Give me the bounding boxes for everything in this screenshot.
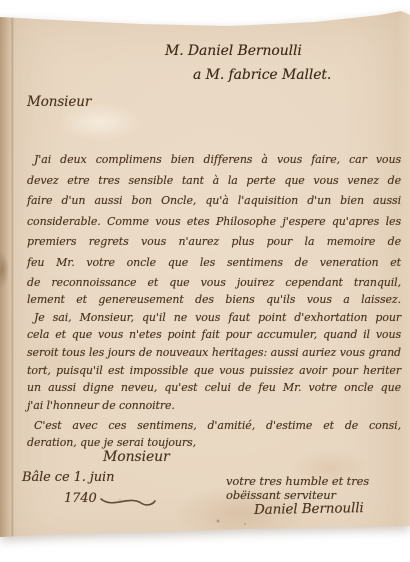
letter-body: J'ai deux complimens bien differens à vo… — [27, 150, 401, 414]
closing-line: C'est avec ces sentimens, d'amitié, d'es… — [27, 417, 401, 434]
address-line-recipient: a M. fabrice Mallet. — [193, 63, 331, 87]
body-line: feu Mr. votre oncle que les sentimens de… — [27, 253, 401, 274]
salutation: Monsieur — [27, 94, 91, 110]
body-line: Je sai, Monsieur, qu'il ne vous faut poi… — [27, 309, 401, 327]
address-line-sender: M. Daniel Bernoulli — [165, 39, 331, 63]
body-line: premiers regrets vous n'aurez plus pour … — [27, 232, 401, 253]
body-line: J'ai deux complimens bien differens à vo… — [27, 150, 401, 171]
body-line: j'ai l'honneur de connoitre. — [27, 397, 401, 415]
paper-shadow: M. Daniel Bernoulli a M. fabrice Mallet.… — [0, 0, 410, 562]
letter-page: M. Daniel Bernoulli a M. fabrice Mallet.… — [0, 0, 410, 562]
body-line: lement et genereusement des biens qu'ils… — [27, 291, 401, 309]
pen-flourish-icon — [99, 494, 157, 510]
dateline-block: Bâle ce 1. juin 1740 — [22, 468, 157, 510]
body-line: de reconnoissance et que vous jouirez ce… — [27, 274, 401, 292]
body-line: cela et que vous n'etes point fait pour … — [27, 326, 401, 344]
dateline-year-row: 1740 — [64, 488, 157, 510]
body-line: seroit tous les jours de nouveaux herita… — [27, 344, 401, 362]
body-line: un aussi digne neveu, qu'est celui de fe… — [27, 379, 401, 397]
body-line: tort, puisqu'il est impossible que vous … — [27, 362, 401, 380]
body-line: devez etre tres sensible tant à la perte… — [27, 171, 401, 192]
signature-name: Daniel Bernoulli — [254, 502, 369, 518]
letter-photo: M. Daniel Bernoulli a M. fabrice Mallet.… — [0, 0, 410, 562]
address-block: M. Daniel Bernoulli a M. fabrice Mallet. — [165, 39, 331, 87]
closing-salutation: Monsieur — [103, 449, 170, 465]
signature-line: votre tres humble et tres — [226, 475, 369, 489]
dateline-place-date: Bâle ce 1. juin — [22, 468, 157, 488]
body-line: considerable. Comme vous etes Philosophe… — [27, 212, 401, 233]
closing-line: deration, que je serai toujours, — [27, 434, 401, 451]
signature-block: votre tres humble et tres obëissant serv… — [226, 475, 369, 517]
closing-block: C'est avec ces sentimens, d'amitié, d'es… — [27, 417, 401, 451]
body-line: faire d'un aussi bon Oncle, qu'à l'aquis… — [27, 191, 401, 212]
dateline-year: 1740 — [64, 489, 97, 509]
